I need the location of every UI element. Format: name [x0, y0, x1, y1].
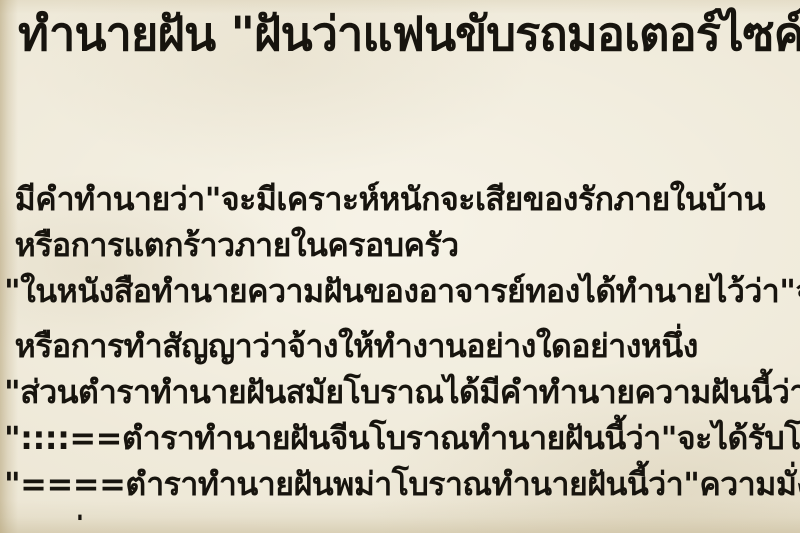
- interpretation-line: มีคำทำนายว่า"จะมีเคราะห์หนักจะเสียของรัก…: [4, 176, 800, 222]
- interpretation-line: หรือการทำสัญญาว่าจ้างให้ทำงานอย่างใดอย่า…: [4, 323, 800, 369]
- interpretation-line: "ในหนังสือทำนายความฝันของอาจารย์ทองได้ทำ…: [4, 268, 800, 314]
- interpretation-line: "ส่วนตำราทำนายฝันสมัยโบราณได้มีคำทำนายคว…: [4, 369, 800, 415]
- interpretation-line: "::::==ตำราทำนายฝันจีนโบราณทำนายฝันนี้ว่…: [4, 415, 800, 461]
- dream-interpretation-page: ทำนายฝัน "ฝันว่าแฟนขับรถมอเตอร์ไซค์ชน มี…: [0, 0, 800, 533]
- interpretation-line: "====ตำราทำนายฝันพม่าโบราณทำนายฝันนี้ว่า…: [4, 461, 800, 507]
- interpretation-text-block: มีคำทำนายว่า"จะมีเคราะห์หนักจะเสียของรัก…: [4, 176, 800, 507]
- page-title: ทำนายฝัน "ฝันว่าแฟนขับรถมอเตอร์ไซค์ชน: [18, 0, 800, 70]
- interpretation-line: หรือการแตกร้าวภายในครอบครัว: [4, 222, 800, 268]
